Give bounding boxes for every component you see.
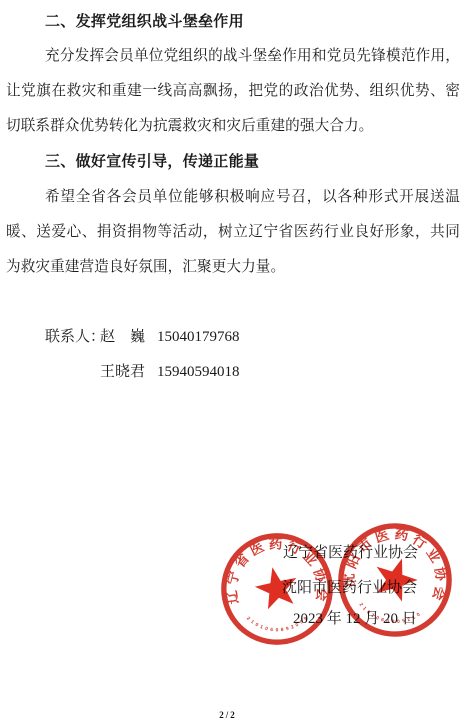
- paragraph-line: 切联系群众优势转化为抗震救灾和灾后重建的强大合力。: [6, 109, 460, 144]
- section-3-paragraph: 希望全省各会员单位能够积极响应号召，以各种形式开展送温暖、送爱心、捐资捐物等活动…: [6, 180, 460, 285]
- stamp-serial: 2101060892099: [245, 616, 309, 634]
- contact-label: 联系人：: [45, 320, 100, 355]
- paragraph-line: 让党旗在救灾和重建一线高高飘扬，把党的政治优势、组织优势、密: [6, 74, 460, 109]
- stamp-liaoning-association: 辽宁省医药行业协会 2101060892099: [219, 531, 335, 647]
- paragraph-line: 为救灾重建营造良好氛围，汇聚更大力量。: [6, 250, 460, 285]
- star-icon: [252, 563, 302, 611]
- paragraph-line: 暖、送爱心、捐资捐物等活动，树立辽宁省医药行业良好形象，共同: [6, 215, 460, 250]
- contact-name: 王晓君: [100, 355, 157, 390]
- contact-phone: 15040179768: [157, 320, 240, 355]
- contact-block: 联系人： 赵 巍 15040179768 王晓君 15940594018: [45, 320, 240, 390]
- stamp-shenyang-association: 沈阳市医药行业协会 2101060905210: [336, 521, 454, 639]
- contact-name: 赵 巍: [100, 320, 157, 355]
- contact-label-spacer: [45, 355, 100, 390]
- section-heading-3: 三、做好宣传引导，传递正能量: [45, 144, 259, 179]
- section-2-paragraph: 充分发挥会员单位党组织的战斗堡垒作用和党员先锋模范作用，让党旗在救灾和重建一线高…: [6, 39, 460, 144]
- paragraph-line: 希望全省各会员单位能够积极响应号召，以各种形式开展送温: [6, 180, 460, 215]
- document-page: 二、发挥党组织战斗堡垒作用 充分发挥会员单位党组织的战斗堡垒作用和党员先锋模范作…: [0, 0, 467, 727]
- contact-phone: 15940594018: [157, 355, 240, 390]
- paragraph-line: 充分发挥会员单位党组织的战斗堡垒作用和党员先锋模范作用，: [6, 39, 460, 74]
- page-number: 2/2: [0, 710, 456, 720]
- section-heading-2: 二、发挥党组织战斗堡垒作用: [45, 4, 244, 39]
- star-icon: [369, 552, 423, 604]
